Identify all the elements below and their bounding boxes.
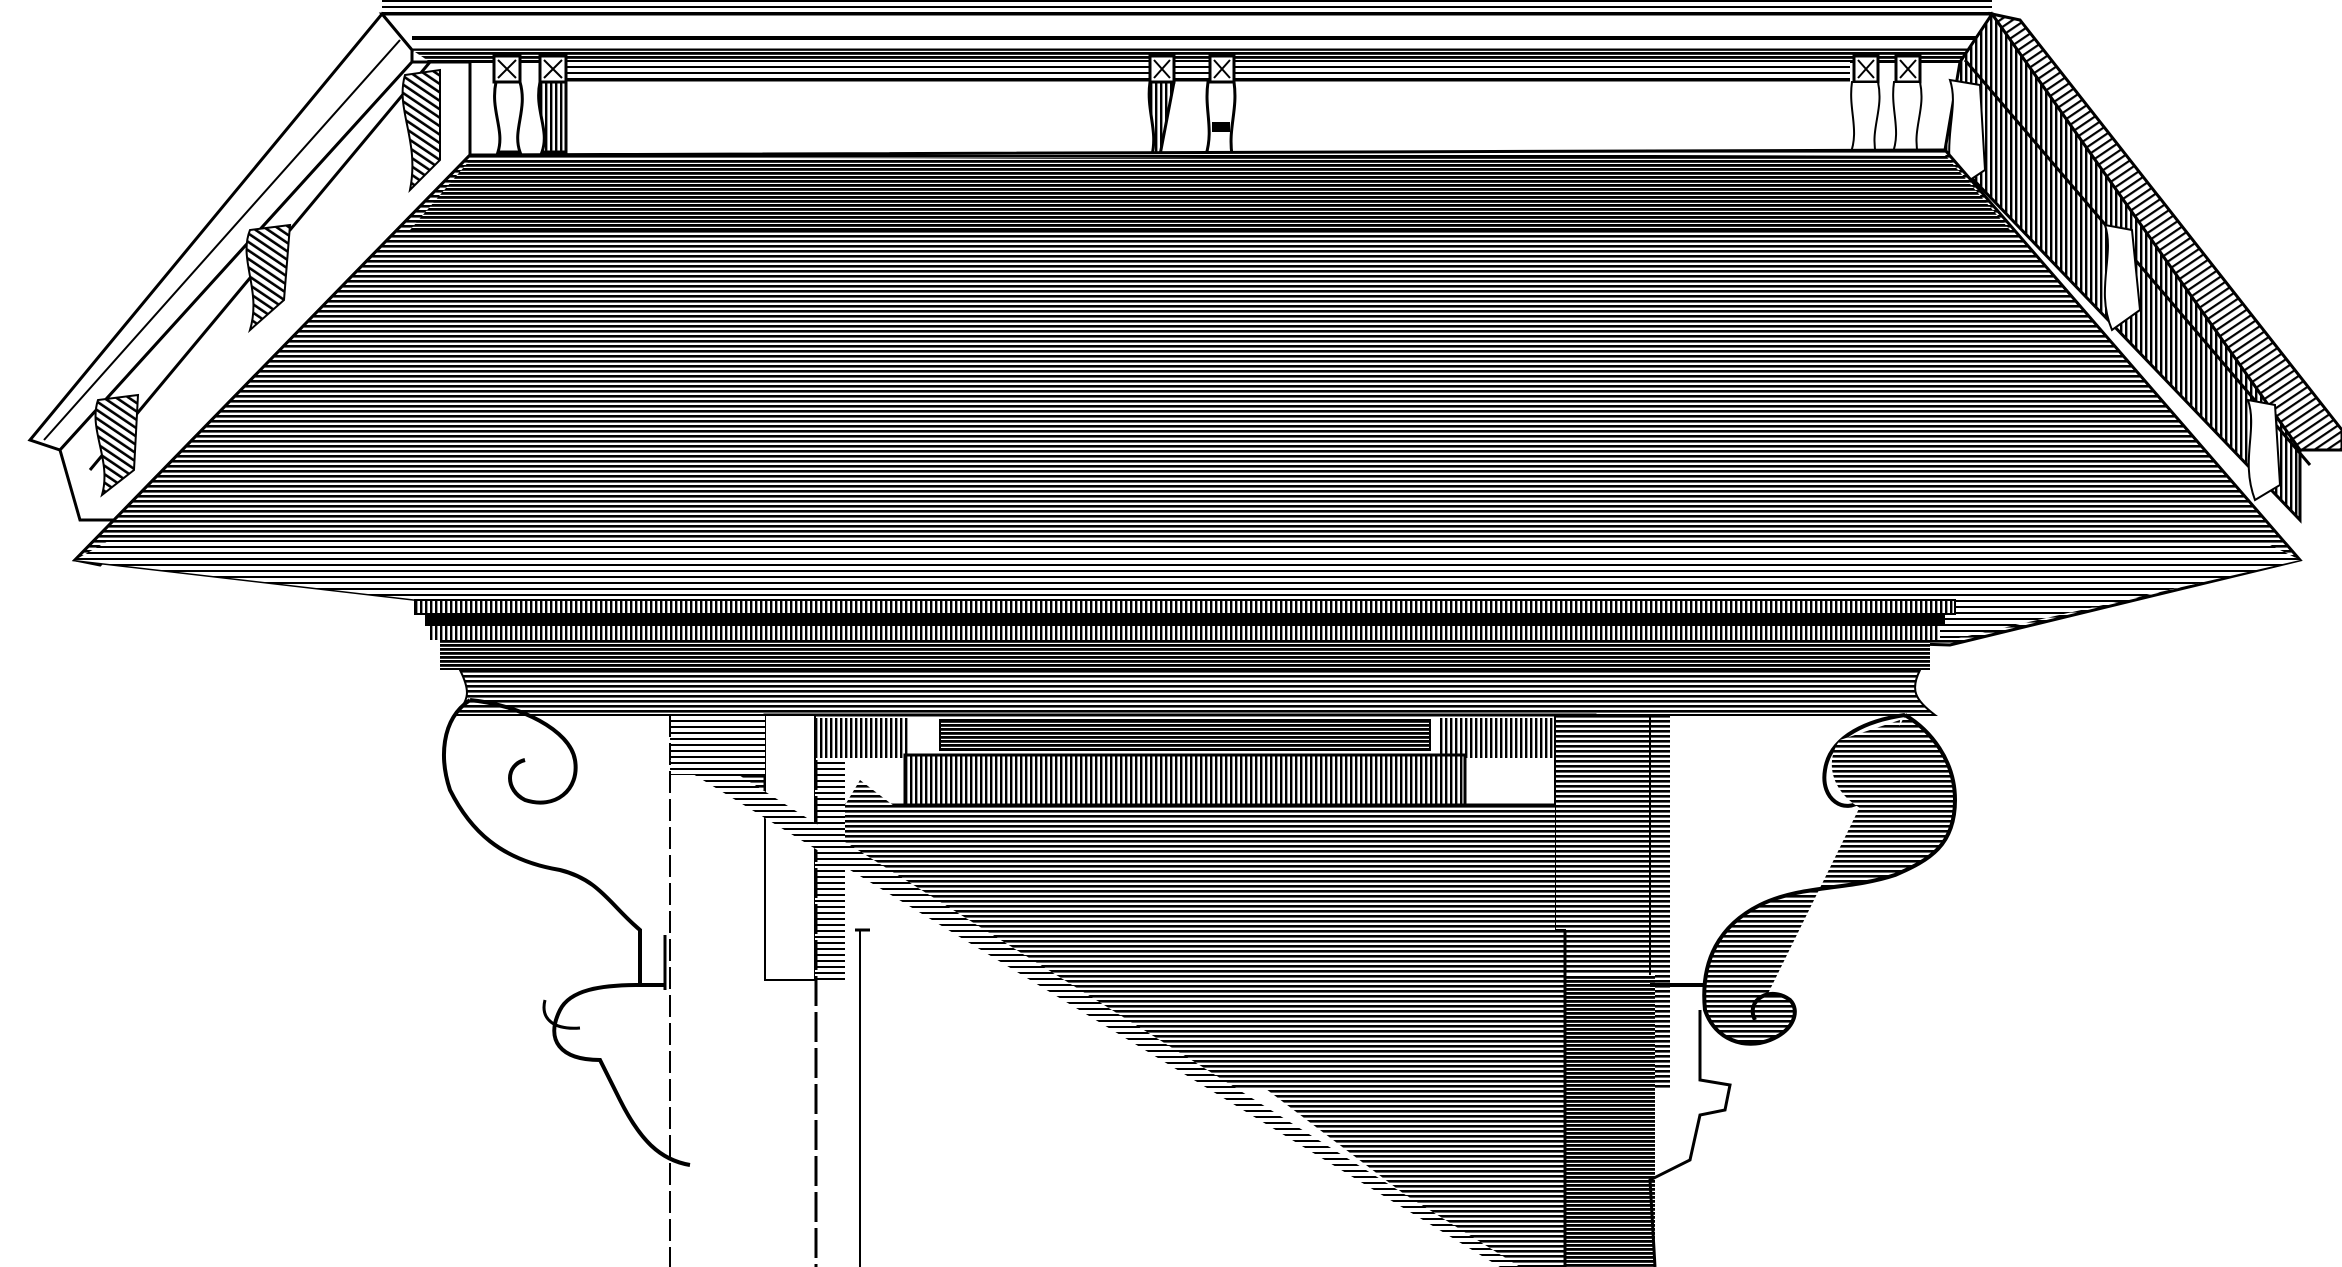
hood-lower-moulding <box>415 600 1955 670</box>
hood-face <box>75 150 2300 645</box>
top-cornice <box>382 0 1992 62</box>
right-scroll-bracket <box>1650 715 1955 1267</box>
lintel <box>455 670 1935 715</box>
console-icon <box>1892 56 1922 155</box>
engraving-canvas <box>0 0 2342 1267</box>
console-icon <box>1206 56 1235 155</box>
console-icon <box>1850 56 1880 155</box>
back-frieze <box>430 56 1960 157</box>
canopy-engraving <box>0 0 2342 1267</box>
left-scroll-bracket <box>444 700 690 1165</box>
